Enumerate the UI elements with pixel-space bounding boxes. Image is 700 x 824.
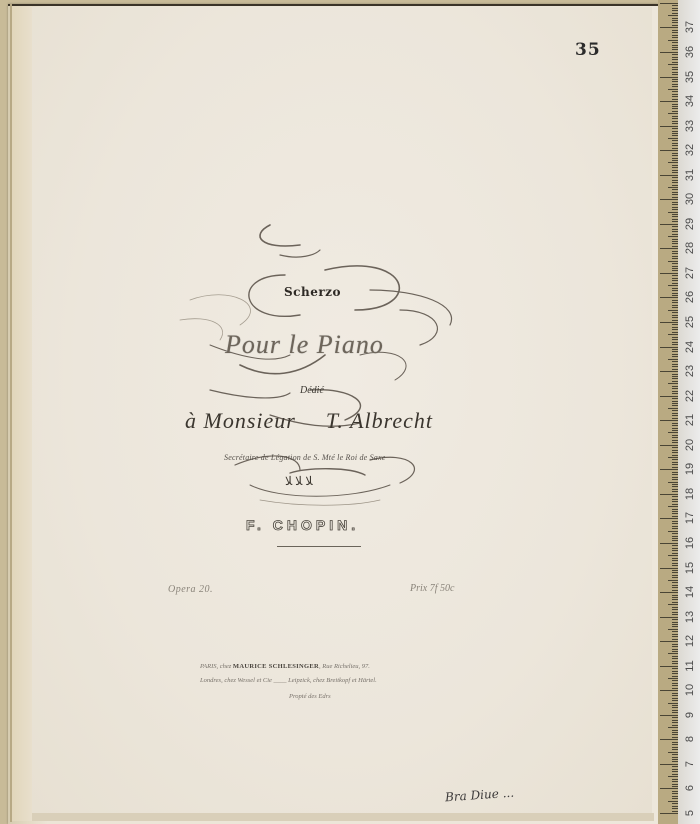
- ruler-tick: [668, 138, 678, 139]
- publisher-imprint: PARIS, chez MAURICE SCHLESINGER, Rue Ric…: [200, 660, 470, 688]
- ruler-tick: [660, 543, 678, 544]
- ruler-cm-label: 15: [683, 559, 697, 577]
- ruler-cm-label: 32: [683, 141, 697, 159]
- ruler-tick: [660, 568, 678, 569]
- ruler-tick: [668, 678, 678, 679]
- ruler-cm-label: 20: [683, 436, 697, 454]
- ruler-tick: [668, 727, 678, 728]
- ruler-tick: [660, 739, 678, 740]
- ruler-tick: [668, 285, 678, 286]
- ruler-cm-label: 6: [683, 779, 697, 797]
- ruler-tick: [668, 432, 678, 433]
- ruler-cm-label: 10: [683, 681, 697, 699]
- ruler-tick: [660, 273, 678, 274]
- ruler-cm-label: 9: [683, 706, 697, 724]
- opus-number: Opera 20.: [168, 584, 213, 595]
- ruler-tick: [660, 494, 678, 495]
- ruler-tick: [660, 469, 678, 470]
- ruler-cm-label: 23: [683, 362, 697, 380]
- dedication-prefix: à Monsieur: [185, 408, 296, 433]
- ruler-tick: [668, 457, 678, 458]
- ruler-cm-label: 13: [683, 608, 697, 626]
- ruler-tick: [660, 420, 678, 421]
- ruler-tick: [668, 629, 678, 630]
- ruler-tick: [660, 617, 678, 618]
- ruler-scale: [658, 0, 678, 824]
- dedication-line: à MonsieurT. Albrecht: [185, 408, 433, 434]
- ruler-tick: [668, 310, 678, 311]
- ruler-tick: [660, 150, 678, 151]
- ruler-tick: [668, 653, 678, 654]
- composer-name: F. CHOPIN.: [246, 517, 359, 533]
- ruler-cm-label: 17: [683, 509, 697, 527]
- ruler-tick: [668, 64, 678, 65]
- dedicatee-name: T. Albrecht: [326, 408, 433, 433]
- ruler-cm-label: 30: [683, 190, 697, 208]
- ruler-cm-label: 22: [683, 387, 697, 405]
- ruler-tick: [660, 445, 678, 446]
- ruler-tick: [668, 334, 678, 335]
- ruler-tick: [660, 764, 678, 765]
- ruler-tick: [660, 101, 678, 102]
- ruler-tick: [668, 236, 678, 237]
- ruler-cm-label: 28: [683, 239, 697, 257]
- ruler-cm-label: 5: [683, 804, 697, 822]
- ruler-tick: [660, 3, 678, 4]
- ruler-tick: [660, 690, 678, 691]
- ruler-tick: [668, 383, 678, 384]
- ruler-tick: [660, 518, 678, 519]
- imprint-line-3: Propté des Edrs: [289, 693, 331, 700]
- ruler-cm-label: 12: [683, 632, 697, 650]
- ruler-tick: [660, 126, 678, 127]
- folio-number: 35: [575, 40, 601, 60]
- ruler-tick: [660, 199, 678, 200]
- ruler-cm-label: 24: [683, 338, 697, 356]
- ruler-tick: [668, 752, 678, 753]
- imprint-line-1: PARIS, chez MAURICE SCHLESINGER, Rue Ric…: [200, 660, 470, 674]
- ruler-cm-label: 26: [683, 288, 697, 306]
- ruler-tick: [660, 813, 678, 814]
- ruler-tick: [668, 604, 678, 605]
- ruler-tick: [660, 52, 678, 53]
- ruler-tick: [668, 580, 678, 581]
- ruler-tick: [668, 555, 678, 556]
- publisher-name: MAURICE SCHLESINGER: [233, 663, 319, 670]
- price: Prix 7f 50c: [410, 583, 454, 594]
- ruler-tick: [660, 322, 678, 323]
- page-bottom-edge: [32, 813, 654, 821]
- ruler-cm-label: 37: [683, 18, 697, 36]
- ruler-tick: [660, 77, 678, 78]
- ruler-tick: [668, 531, 678, 532]
- ruler-tick: [668, 359, 678, 360]
- ruler-cm-label: 16: [683, 534, 697, 552]
- ruler-cm-label: 7: [683, 755, 697, 773]
- ruler-cm-label: 14: [683, 583, 697, 601]
- ruler-tick: [660, 224, 678, 225]
- ruler-cm-label: 21: [683, 411, 697, 429]
- ruler-tick: [668, 212, 678, 213]
- ruler-cm-label: 33: [683, 117, 697, 135]
- ruler-tick: [668, 40, 678, 41]
- ruler-tick: [668, 15, 678, 16]
- ruler-tick: [660, 248, 678, 249]
- dedication-word: Dédié: [300, 385, 324, 396]
- ruler-tick: [668, 408, 678, 409]
- ruler-tick: [660, 666, 678, 667]
- measuring-ruler: 5678910111213141516171819202122232425262…: [658, 0, 700, 824]
- ruler-tick: [660, 371, 678, 372]
- ruler-cm-label: 25: [683, 313, 697, 331]
- ruler-tick: [668, 261, 678, 262]
- spine-strip: [12, 6, 32, 821]
- ruler-tick: [668, 703, 678, 704]
- ruler-tick: [668, 89, 678, 90]
- ruler-cm-label: 19: [683, 460, 697, 478]
- ruler-cm-label: 31: [683, 166, 697, 184]
- ruler-tick: [660, 641, 678, 642]
- ruler-tick: [668, 162, 678, 163]
- ruler-tick: [660, 715, 678, 716]
- ruler-tick: [660, 175, 678, 176]
- ruler-cm-label: 36: [683, 43, 697, 61]
- ruler-cm-label: 11: [683, 657, 697, 675]
- ruler-tick: [668, 482, 678, 483]
- ruler-tick: [668, 506, 678, 507]
- ruler-tick: [668, 801, 678, 802]
- ruler-tick: [660, 297, 678, 298]
- ruler-tick: [660, 347, 678, 348]
- ornament-glyphs-icon: ﻼ ﻼ ﻼ: [285, 474, 312, 489]
- ruler-cm-label: 8: [683, 730, 697, 748]
- dedicatee-title: Secrétaire de Légation de S. Mté le Roi …: [224, 453, 386, 462]
- composer-rule: [277, 546, 361, 547]
- ruler-tick: [660, 592, 678, 593]
- ruler-cm-label: 35: [683, 68, 697, 86]
- ruler-tick: [668, 113, 678, 114]
- ruler-cm-label: 34: [683, 92, 697, 110]
- ruler-tick: [668, 776, 678, 777]
- ruler-cm-label: 29: [683, 215, 697, 233]
- ruler-cm-label: 27: [683, 264, 697, 282]
- ruler-cm-label: 18: [683, 485, 697, 503]
- subtitle-pour-le-piano: Pour le Piano: [225, 330, 384, 360]
- ruler-tick: [668, 187, 678, 188]
- imprint-line-2: Londres, chez Wessel et Cie ____ Leipzic…: [200, 674, 470, 688]
- ruler-tick: [660, 396, 678, 397]
- work-title: Scherzo: [284, 285, 341, 299]
- ruler-tick: [660, 27, 678, 28]
- ruler-tick: [660, 788, 678, 789]
